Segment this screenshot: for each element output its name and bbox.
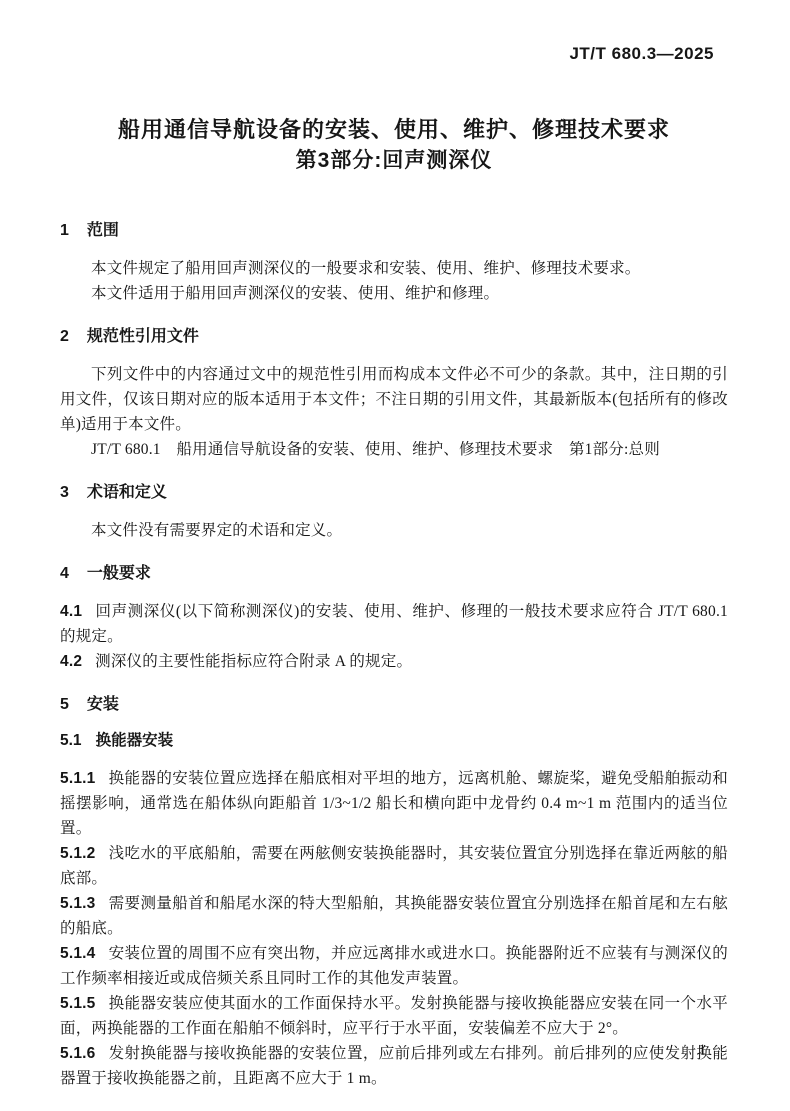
- clause-number: 4.2: [60, 653, 82, 670]
- section-title: 规范性引用文件: [87, 328, 199, 345]
- clause-5-1-4: 5.1.4安装位置的周围不应有突出物，并应远离排水或进水口。换能器附近不应装有与…: [60, 941, 728, 991]
- section-heading-scope: 1范围: [60, 220, 728, 242]
- clause-5-1-6: 5.1.6发射换能器与接收换能器的安装位置，应前后排列或左右排列。前后排列的应使…: [60, 1041, 728, 1091]
- section-heading-normative-references: 2规范性引用文件: [60, 326, 728, 348]
- clause-5-1-2: 5.1.2浅吃水的平底船舶，需要在两舷侧安装换能器时，其安装位置宜分别选择在靠近…: [60, 841, 728, 891]
- clause-number: 4.1: [60, 603, 82, 620]
- clause-5-1-3: 5.1.3需要测量船首和船尾水深的特大型船舶，其换能器安装位置宜分别选择在船首尾…: [60, 891, 728, 941]
- clause-text: 安装位置的周围不应有突出物，并应远离排水或进水口。换能器附近不应装有与测深仪的工…: [60, 945, 728, 987]
- subsection-number: 5.1: [60, 732, 82, 749]
- paragraph: 本文件规定了船用回声测深仪的一般要求和安装、使用、维护、修理技术要求。: [60, 256, 728, 281]
- document-title-line-1: 船用通信导航设备的安装、使用、维护、修理技术要求: [60, 114, 728, 146]
- page-number: 1: [699, 1040, 707, 1060]
- clause-5-1-1: 5.1.1换能器的安装位置应选择在船底相对平坦的地方，远离机舱、螺旋桨，避免受船…: [60, 766, 728, 841]
- paragraph: 本文件适用于船用回声测深仪的安装、使用、维护和修理。: [60, 281, 728, 306]
- document-title: 船用通信导航设备的安装、使用、维护、修理技术要求 第3部分:回声测深仪: [60, 114, 728, 176]
- clause-number: 5.1.6: [60, 1045, 95, 1062]
- section-heading-terms-definitions: 3术语和定义: [60, 482, 728, 504]
- section-number: 3: [60, 484, 69, 501]
- section-number: 2: [60, 328, 69, 345]
- section-number: 1: [60, 222, 69, 239]
- clause-4-2: 4.2测深仪的主要性能指标应符合附录 A 的规定。: [60, 649, 728, 674]
- clause-text: 换能器的安装位置应选择在船底相对平坦的地方，远离机舱、螺旋桨，避免受船舶振动和摇…: [60, 770, 728, 837]
- clause-5-1-5: 5.1.5换能器安装应使其面水的工作面保持水平。发射换能器与接收换能器应安装在同…: [60, 991, 728, 1041]
- clause-number: 5.1.4: [60, 945, 95, 962]
- section-title: 范围: [87, 222, 119, 239]
- section-title: 术语和定义: [87, 484, 167, 501]
- subsection-heading-transducer-installation: 5.1换能器安装: [60, 730, 728, 751]
- clause-text: 回声测深仪(以下简称测深仪)的安装、使用、维护、修理的一般技术要求应符合 JT/…: [60, 603, 728, 645]
- subsection-title: 换能器安装: [96, 732, 174, 749]
- section-title: 一般要求: [87, 565, 151, 582]
- clause-text: 测深仪的主要性能指标应符合附录 A 的规定。: [95, 653, 412, 670]
- clause-number: 5.1.3: [60, 895, 95, 912]
- standard-number: JT/T 680.3—2025: [569, 44, 714, 63]
- paragraph: 下列文件中的内容通过文中的规范性引用而构成本文件必不可少的条款。其中，注日期的引…: [60, 362, 728, 437]
- document-title-line-2: 第3部分:回声测深仪: [60, 146, 728, 176]
- clause-text: 需要测量船首和船尾水深的特大型船舶，其换能器安装位置宜分别选择在船首尾和左右舷的…: [60, 895, 728, 937]
- document-page: JT/T 680.3—2025 船用通信导航设备的安装、使用、维护、修理技术要求…: [0, 0, 790, 1111]
- clause-4-1: 4.1回声测深仪(以下简称测深仪)的安装、使用、维护、修理的一般技术要求应符合 …: [60, 599, 728, 649]
- clause-text: 发射换能器与接收换能器的安装位置，应前后排列或左右排列。前后排列的应使发射换能器…: [60, 1045, 728, 1087]
- clause-text: 浅吃水的平底船舶，需要在两舷侧安装换能器时，其安装位置宜分别选择在靠近两舷的船底…: [60, 845, 728, 887]
- section-number: 5: [60, 696, 69, 713]
- clause-number: 5.1.2: [60, 845, 95, 862]
- section-heading-installation: 5安装: [60, 694, 728, 716]
- clause-number: 5.1.5: [60, 995, 95, 1012]
- clause-number: 5.1.1: [60, 770, 95, 787]
- clause-text: 换能器安装应使其面水的工作面保持水平。发射换能器与接收换能器应安装在同一个水平面…: [60, 995, 728, 1037]
- section-number: 4: [60, 565, 69, 582]
- section-title: 安装: [87, 696, 119, 713]
- section-heading-general-requirements: 4一般要求: [60, 563, 728, 585]
- page-header: JT/T 680.3—2025: [60, 44, 728, 64]
- referenced-standard: JT/T 680.1 船用通信导航设备的安装、使用、维护、修理技术要求 第1部分…: [60, 437, 728, 462]
- paragraph: 本文件没有需要界定的术语和定义。: [60, 518, 728, 543]
